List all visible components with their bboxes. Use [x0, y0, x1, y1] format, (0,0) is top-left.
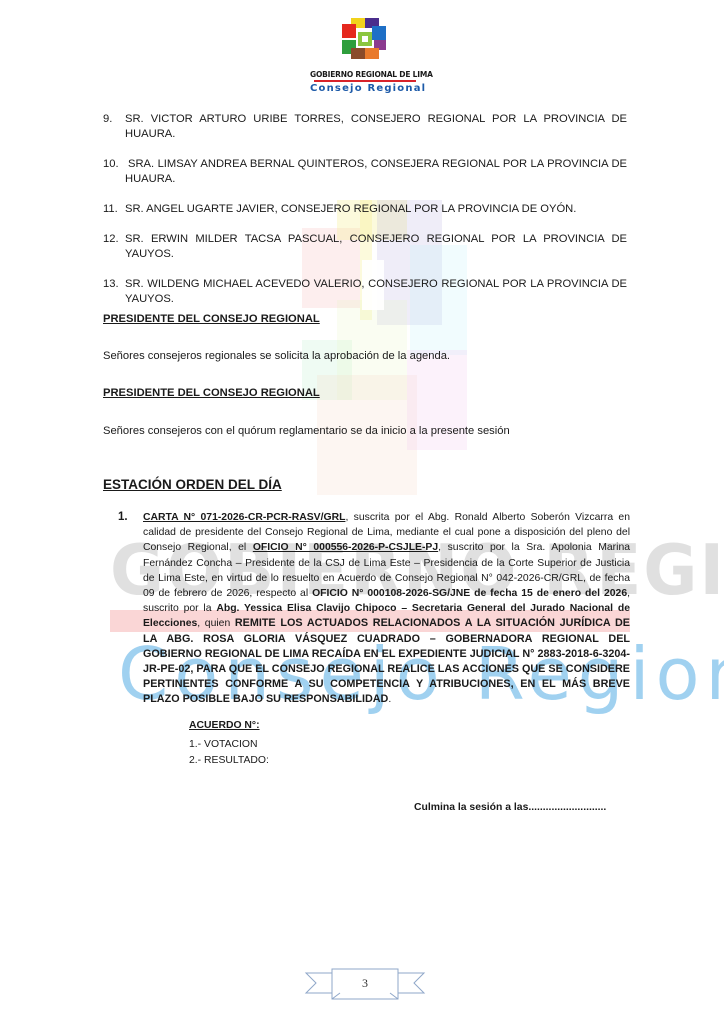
- logo-mark-icon: [342, 18, 388, 60]
- oficio-jne-reference: OFICIO N° 000108-2026-SG/JNE de fecha 15…: [312, 588, 627, 599]
- list-item: 11. SR. ANGEL UGARTE JAVIER, CONSEJERO R…: [103, 202, 627, 217]
- section-text: Señores consejeros con el quórum reglame…: [103, 424, 627, 439]
- carta-reference: CARTA N° 071-2026-CR-PCR-RASV/GRL: [143, 512, 345, 523]
- agenda-item: 1. CARTA N° 071-2026-CR-PCR-RASV/GRL, su…: [118, 510, 630, 708]
- acuerdo-line: 1.- VOTACION: [189, 737, 269, 753]
- acuerdo-block: ACUERDO N°: 1.- VOTACION 2.- RESULTADO:: [189, 718, 269, 769]
- section-text: Señores consejeros regionales se solicit…: [103, 349, 627, 364]
- logo-subtitle: Consejo Regional: [310, 83, 420, 94]
- acuerdo-line: 2.- RESULTADO:: [189, 753, 269, 769]
- page-number: 3: [304, 976, 426, 991]
- remite-text: REMITE LOS ACTUADOS RELACIONADOS A LA SI…: [143, 617, 630, 705]
- document-page: GOBIERNO REGIONAL DE LIMA Consejo Region…: [0, 0, 724, 1023]
- session-content: 9. SR. VICTOR ARTURO URIBE TORRES, CONSE…: [103, 112, 627, 461]
- list-item: 13. SR. WILDENG MICHAEL ACEVEDO VALERIO,…: [103, 277, 627, 308]
- acuerdo-title: ACUERDO N°:: [189, 718, 269, 734]
- logo-divider: [314, 80, 416, 82]
- oficio-reference: OFICIO N° 000556-2026-P-CSJLE-PJ: [253, 542, 438, 553]
- logo-title: GOBIERNO REGIONAL DE LIMA: [310, 70, 420, 79]
- list-item: 9. SR. VICTOR ARTURO URIBE TORRES, CONSE…: [103, 112, 627, 143]
- list-item: 12. SR. ERWIN MILDER TACSA PASCUAL, CONS…: [103, 232, 627, 263]
- list-item: 10. SRA. LIMSAY ANDREA BERNAL QUINTEROS,…: [103, 157, 627, 188]
- section-heading: PRESIDENTE DEL CONSEJO REGIONAL: [103, 386, 627, 401]
- header-logo: GOBIERNO REGIONAL DE LIMA Consejo Region…: [310, 18, 420, 100]
- page-number-ribbon: 3: [304, 965, 426, 1005]
- agenda-item-number: 1.: [118, 510, 128, 525]
- closing-line: Culmina la sesión a las.................…: [414, 802, 606, 813]
- orden-del-dia-title: ESTACIÓN ORDEN DEL DÍA: [103, 477, 282, 492]
- section-heading: PRESIDENTE DEL CONSEJO REGIONAL: [103, 312, 627, 327]
- agenda-item-body: CARTA N° 071-2026-CR-PCR-RASV/GRL, suscr…: [143, 510, 630, 708]
